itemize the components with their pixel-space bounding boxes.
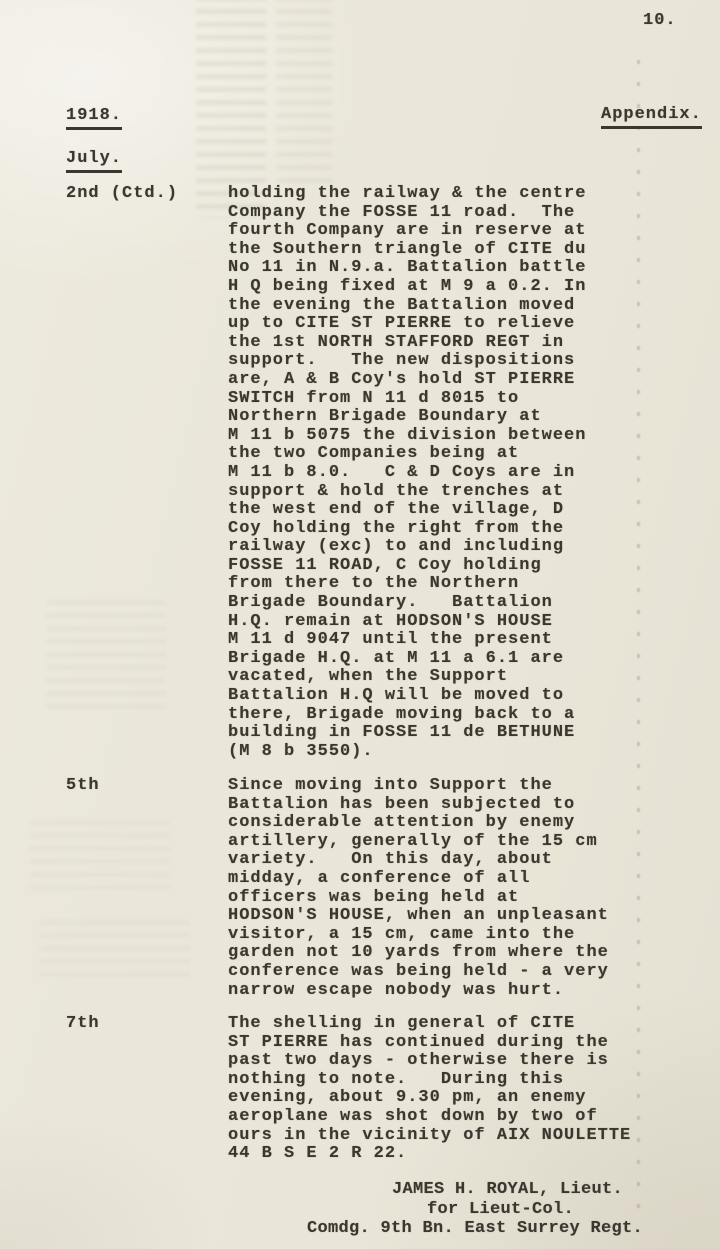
- entry-date: 2nd (Ctd.): [66, 185, 178, 204]
- month-heading: July.: [66, 150, 122, 173]
- entry-date: 5th: [66, 777, 100, 796]
- entry-date: 7th: [66, 1015, 100, 1034]
- ink-bleedthrough-top-secondary: [276, 0, 332, 186]
- ink-bleedthrough-left: [40, 920, 190, 980]
- entry-text: holding the railway & the centre Company…: [228, 185, 586, 761]
- entry-text: The shelling in general of CITE ST PIERR…: [228, 1015, 631, 1164]
- year-heading: 1918.: [66, 107, 122, 130]
- entry-text: Since moving into Support the Battalion …: [228, 777, 609, 1000]
- signature-unit: Comdg. 9th Bn. East Surrey Regt.: [307, 1219, 643, 1239]
- binding-perforation-line: [637, 60, 640, 1220]
- signature-for: for Lieut-Col.: [427, 1200, 643, 1220]
- appendix-heading: Appendix.: [601, 106, 702, 129]
- ink-bleedthrough-left: [30, 820, 170, 890]
- ink-bleedthrough-left: [46, 600, 166, 710]
- signature-name: JAMES H. ROYAL, Lieut.: [392, 1180, 643, 1200]
- page-number: 10.: [643, 12, 677, 31]
- signature-block: JAMES H. ROYAL, Lieut. for Lieut-Col. Co…: [307, 1180, 643, 1239]
